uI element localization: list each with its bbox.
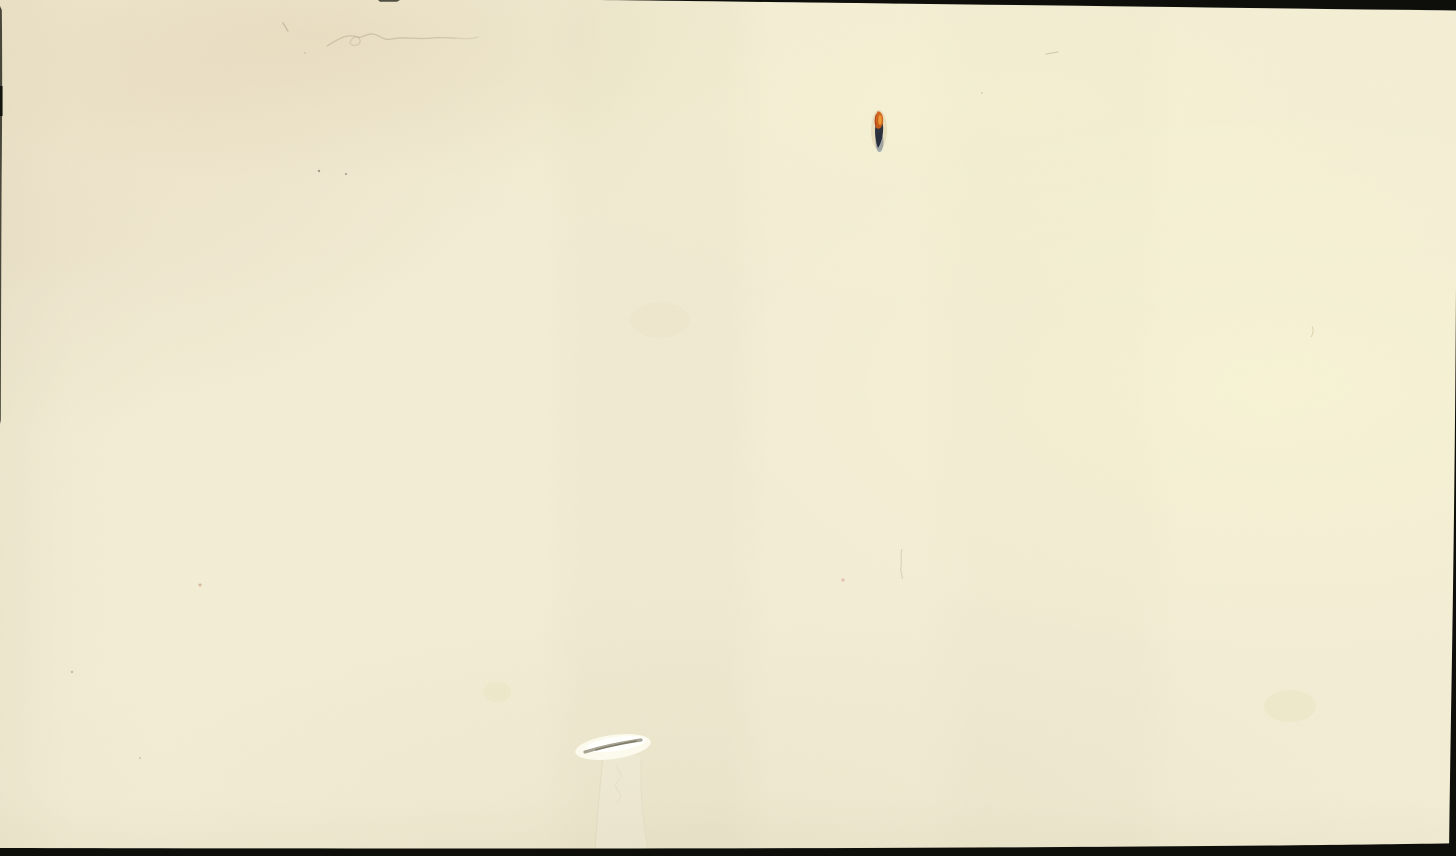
speck [841,578,844,581]
crease-trail [596,752,648,850]
speck [139,757,141,759]
pencil-dot [304,52,306,54]
ink-blot-bright-core [878,115,882,125]
paper-stain [630,302,690,338]
speck [345,173,347,175]
paper-stain [483,682,511,702]
speck [981,92,983,94]
speck [318,170,320,172]
paper-stain [1264,690,1316,722]
scanned-card [0,0,1456,856]
speck [71,671,73,673]
speck [199,584,202,587]
scan-overlay [0,0,1456,856]
paper-grain-texture [0,0,1456,856]
scan-edge-top-dash [378,0,400,2]
scan-edge-left-blob [0,86,3,116]
